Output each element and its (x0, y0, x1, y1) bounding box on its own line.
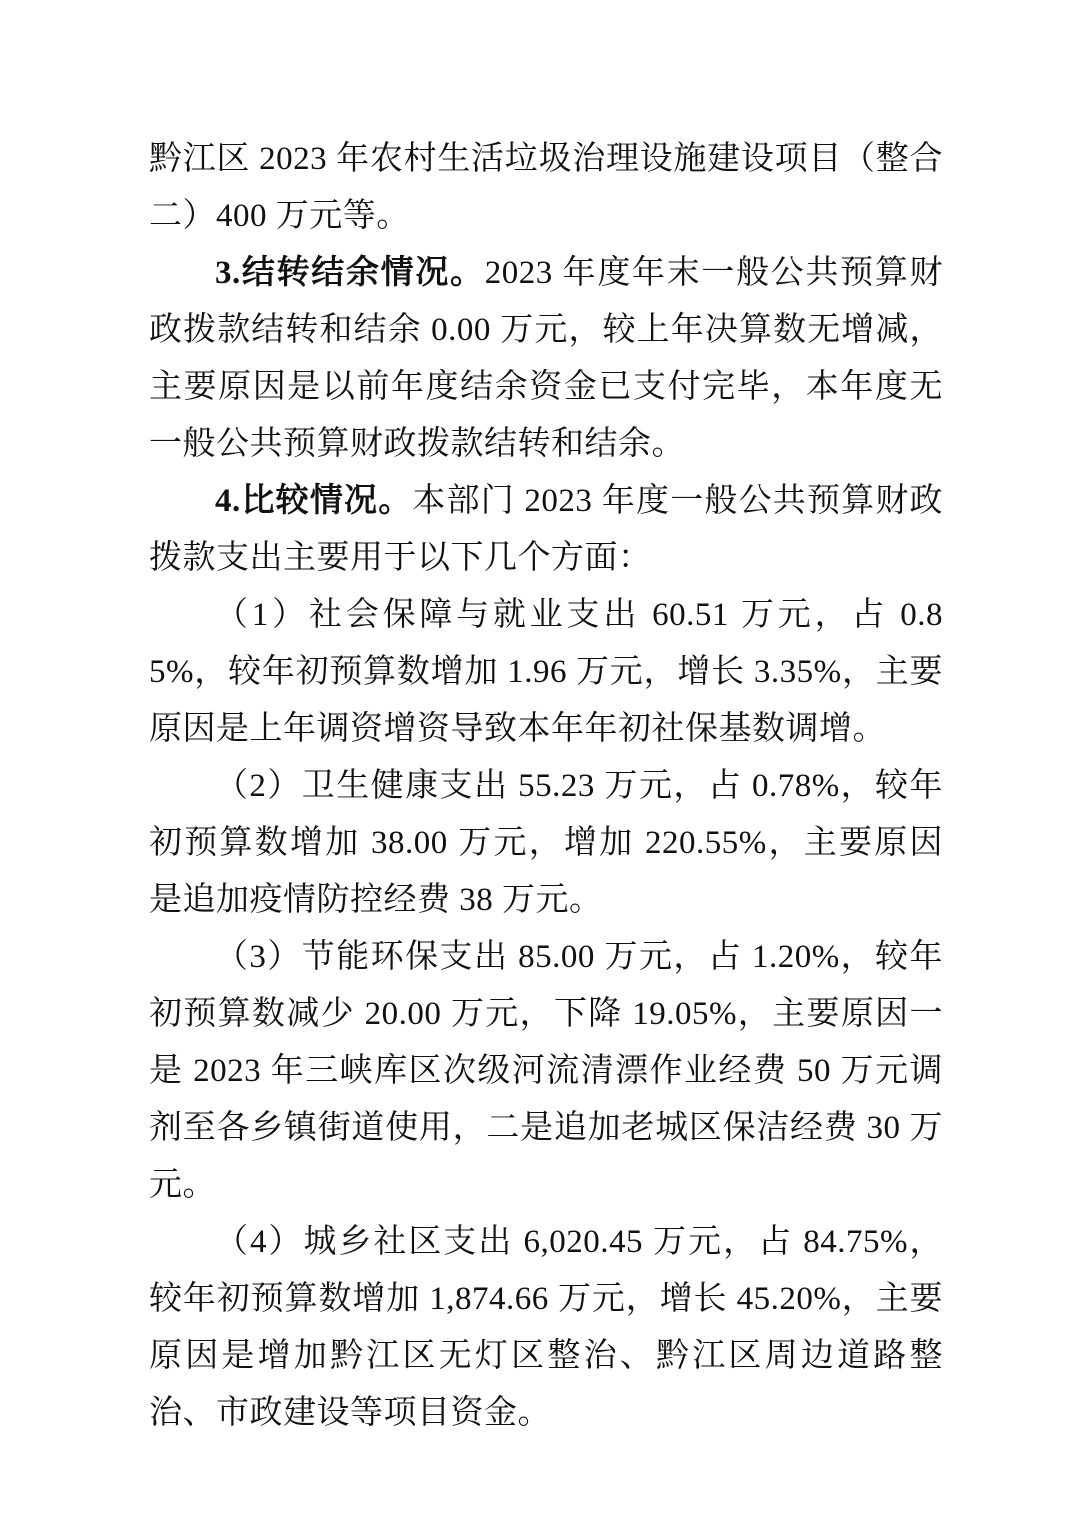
paragraph-continuation: 黔江区 2023 年农村生活垃圾治理设施建设项目（整合二）400 万元等。 (149, 131, 943, 245)
section-heading-comparison: 4.比较情况。 (215, 483, 412, 519)
paragraph-text: 黔江区 2023 年农村生活垃圾治理设施建设项目（整合二）400 万元等。 (149, 141, 943, 234)
paragraph-item-4-urban-rural-community: （4）城乡社区支出 6,020.45 万元，占 84.75%，较年初预算数增加 … (149, 1214, 943, 1442)
paragraph-carryover-balance: 3.结转结余情况。2023 年度年末一般公共预算财政拨款结转和结余 0.00 万… (149, 245, 943, 473)
paragraph-text: （3）节能环保支出 85.00 万元，占 1.20%，较年初预算数减少 20.0… (149, 939, 943, 1203)
paragraph-item-2-health: （2）卫生健康支出 55.23 万元，占 0.78%，较年初预算数增加 38.0… (149, 758, 943, 929)
paragraph-item-1-social-security: （1）社会保障与就业支出 60.51 万元，占 0.85%，较年初预算数增加 1… (149, 587, 943, 758)
document-page: 黔江区 2023 年农村生活垃圾治理设施建设项目（整合二）400 万元等。 3.… (0, 0, 1074, 1520)
section-heading-carryover: 3.结转结余情况。 (215, 255, 485, 291)
paragraph-text: （4）城乡社区支出 6,020.45 万元，占 84.75%，较年初预算数增加 … (149, 1224, 943, 1431)
paragraph-comparison: 4.比较情况。本部门 2023 年度一般公共预算财政拨款支出主要用于以下几个方面… (149, 473, 943, 587)
paragraph-text: （1）社会保障与就业支出 60.51 万元，占 0.85%，较年初预算数增加 1… (149, 597, 943, 747)
paragraph-item-3-energy-environment: （3）节能环保支出 85.00 万元，占 1.20%，较年初预算数减少 20.0… (149, 929, 943, 1214)
paragraph-text: （2）卫生健康支出 55.23 万元，占 0.78%，较年初预算数增加 38.0… (149, 768, 943, 918)
document-body: 黔江区 2023 年农村生活垃圾治理设施建设项目（整合二）400 万元等。 3.… (149, 131, 943, 1442)
